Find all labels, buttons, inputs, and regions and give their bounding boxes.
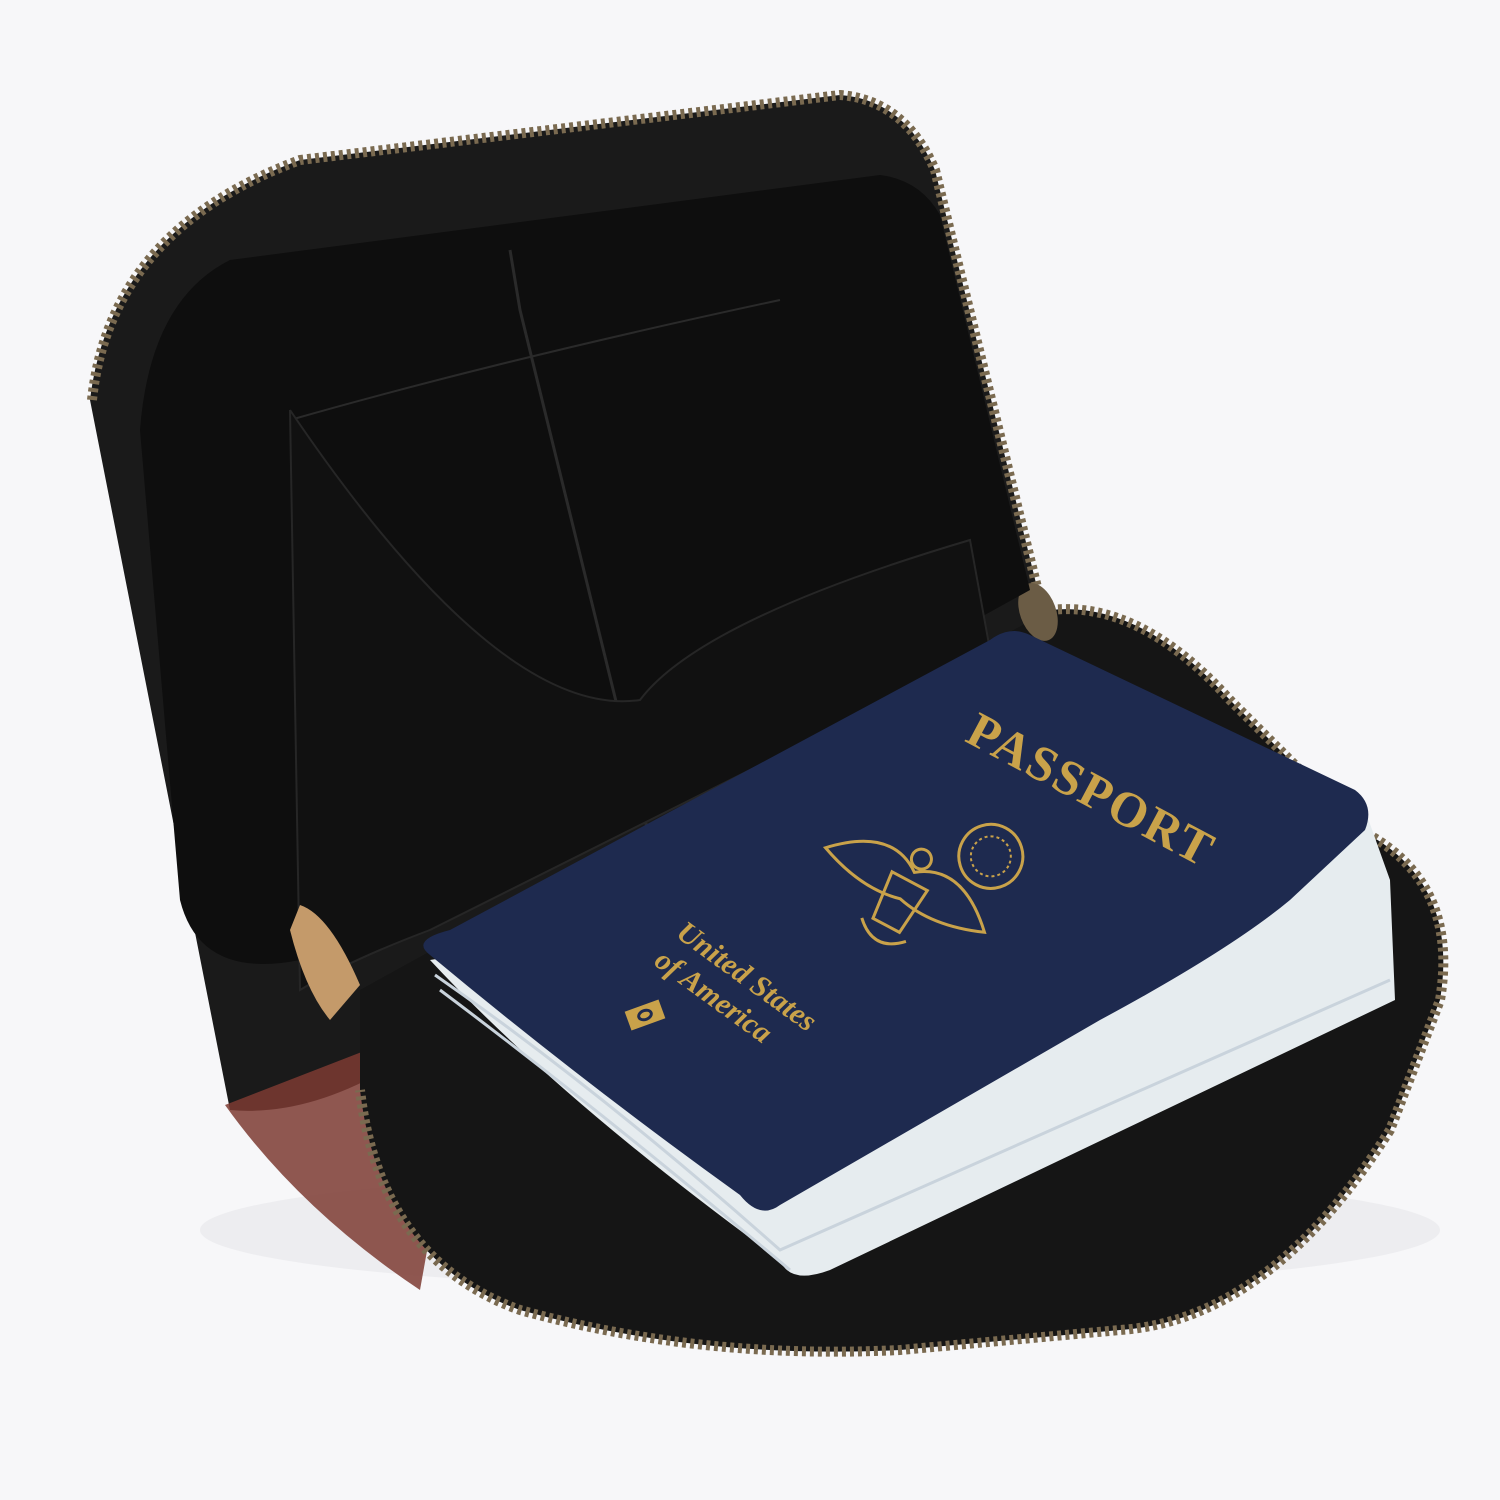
- wallet-illustration: [0, 0, 1500, 1500]
- product-photo: PASSPORT United States of America: [0, 0, 1500, 1500]
